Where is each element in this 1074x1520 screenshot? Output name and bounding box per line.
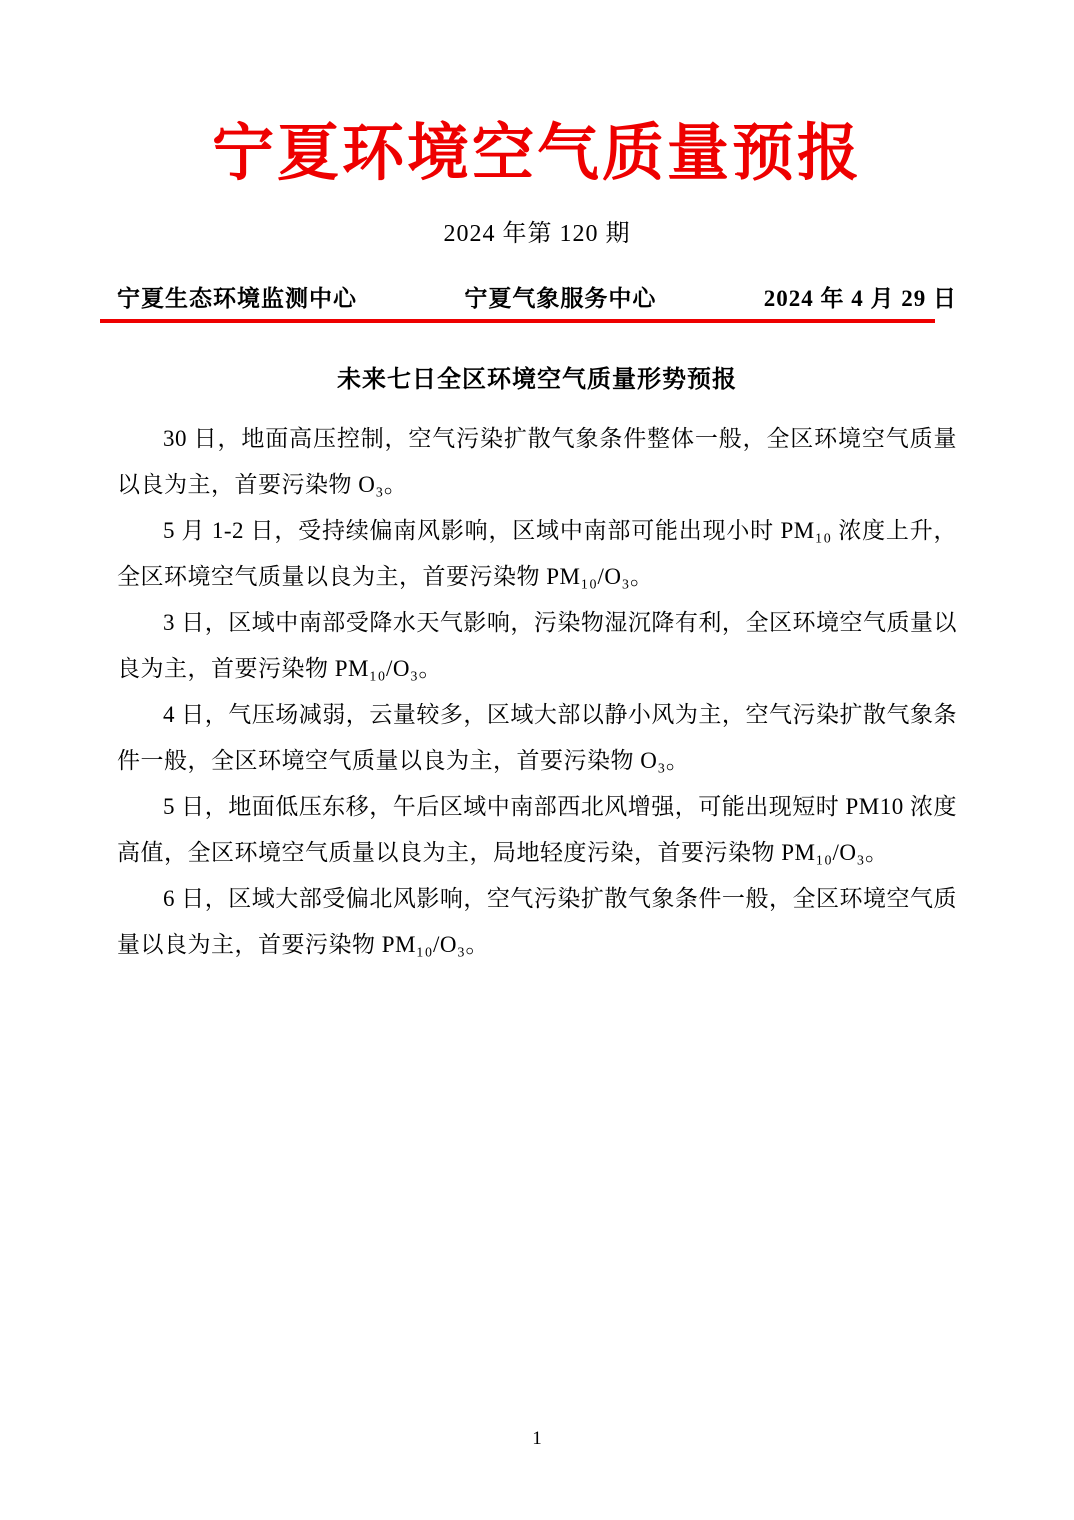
document-title: 宁夏环境空气质量预报 xyxy=(117,0,957,191)
forecast-paragraph-may1-2: 5 月 1-2 日，受持续偏南风影响，区域中南部可能出现小时 PM₁₀ 浓度上升… xyxy=(117,508,957,600)
issuer-weather-service-center: 宁夏气象服务中心 xyxy=(464,280,656,313)
issuer-row: 宁夏生态环境监测中心 宁夏气象服务中心 2024 年 4 月 29 日 xyxy=(117,280,957,313)
forecast-paragraph-day4: 4 日，气压场减弱，云量较多，区域大部以静小风为主，空气污染扩散气象条件一般，全… xyxy=(117,692,957,784)
document-page: 宁夏环境空气质量预报 2024 年第 120 期 宁夏生态环境监测中心 宁夏气象… xyxy=(0,0,1074,1520)
forecast-paragraph-day5: 5 日，地面低压东移，午后区域中南部西北风增强，可能出现短时 PM10 浓度高值… xyxy=(117,784,957,876)
forecast-body: 30 日，地面高压控制，空气污染扩散气象条件整体一般，全区环境空气质量以良为主，… xyxy=(117,416,957,968)
issuer-monitoring-center: 宁夏生态环境监测中心 xyxy=(117,280,357,313)
section-title: 未来七日全区环境空气质量形势预报 xyxy=(117,359,957,394)
forecast-paragraph-day3: 3 日，区域中南部受降水天气影响，污染物湿沉降有利，全区环境空气质量以良为主，首… xyxy=(117,600,957,692)
forecast-paragraph-day6: 6 日，区域大部受偏北风影响，空气污染扩散气象条件一般，全区环境空气质量以良为主… xyxy=(117,876,957,968)
page-number: 1 xyxy=(0,1428,1074,1450)
red-divider xyxy=(100,319,935,323)
document-content: 宁夏环境空气质量预报 2024 年第 120 期 宁夏生态环境监测中心 宁夏气象… xyxy=(0,0,1074,968)
forecast-paragraph-day30: 30 日，地面高压控制，空气污染扩散气象条件整体一般，全区环境空气质量以良为主，… xyxy=(117,416,957,508)
issue-date: 2024 年 4 月 29 日 xyxy=(764,280,957,313)
issue-number: 2024 年第 120 期 xyxy=(117,213,957,248)
